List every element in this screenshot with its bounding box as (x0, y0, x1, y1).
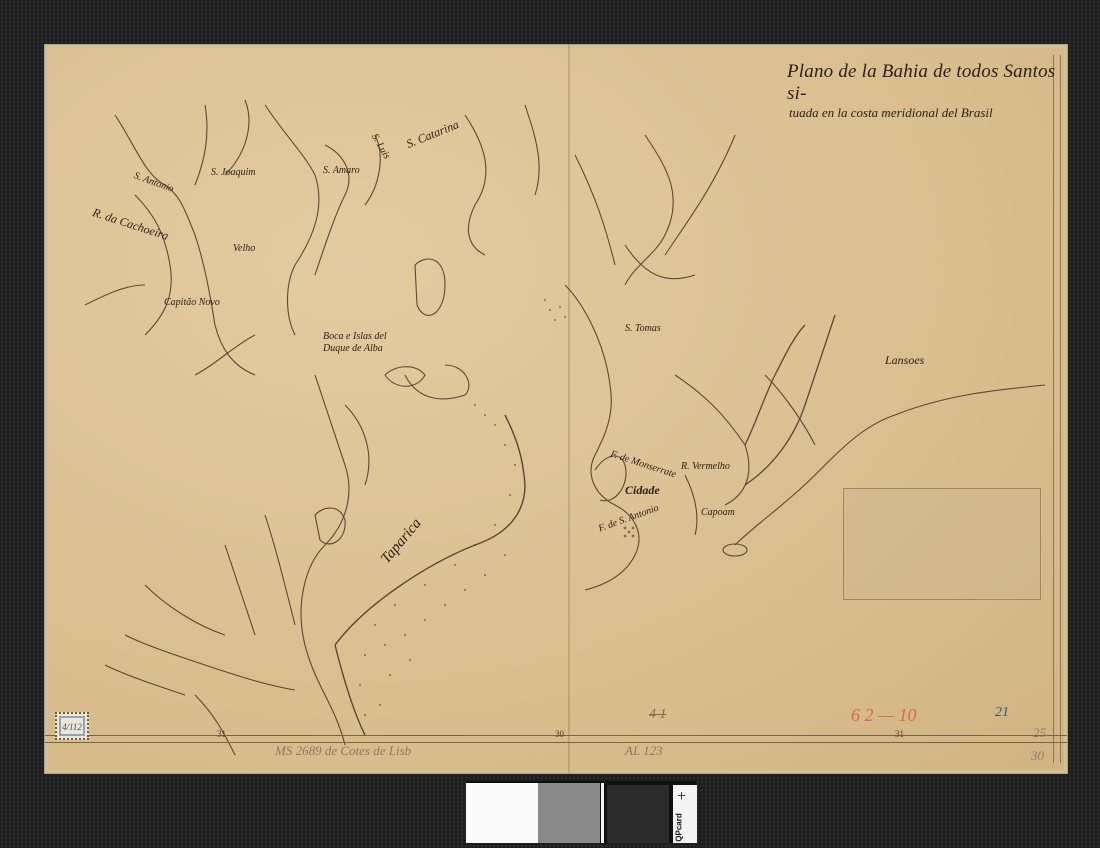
scale-tick-3: 31 (895, 729, 904, 739)
map-sheet: Plano de la Bahia de todos Santos si- tu… (44, 44, 1068, 774)
red-strike-note: 4 1 (649, 707, 667, 723)
label-s-tomas: S. Tomas (625, 323, 661, 334)
label-duque-alba: Duque de Alba (323, 343, 383, 354)
stamp-number: 4/112 (59, 716, 85, 736)
map-drawing (45, 45, 1067, 773)
label-capitao-novo: Capitão Novo (164, 297, 220, 308)
label-rio-vermelho: R. Vermelho (681, 461, 730, 472)
color-calibration-card: + QPcard (466, 781, 696, 843)
pencil-note-left: MS 2689 de Cotes de Lisb (275, 743, 411, 759)
label-s-joaquim: S. Joaquim (211, 167, 255, 178)
label-cidade: Cidade (625, 483, 660, 498)
red-shelf-number: 6 2 — 10 (851, 705, 917, 726)
card-brand: QPcard (675, 813, 684, 841)
pencil-note-mid: AL 123 (625, 743, 663, 759)
paper-patch (843, 488, 1041, 600)
scale-tick-2: 30 (555, 729, 564, 739)
title-line-1: Plano de la Bahia de todos Santos si- (787, 61, 1067, 105)
gray-swatch (538, 783, 600, 843)
blue-number: 21 (995, 705, 1009, 721)
map-title: Plano de la Bahia de todos Santos si- tu… (787, 61, 1067, 121)
label-boca-islas: Boca e Islas del (323, 331, 387, 342)
card-brand-panel: + QPcard (673, 785, 697, 843)
crosshair-icon: + (677, 789, 686, 805)
white-swatch (466, 783, 538, 843)
label-velho: Velho (233, 243, 255, 254)
corner-mark-25: 25 (1033, 725, 1046, 741)
title-line-2: tuada en la costa meridional del Brasil (789, 105, 1067, 121)
scale-tick-1: 31 (217, 729, 226, 739)
label-s-amaro: S. Amaro (323, 165, 360, 176)
label-lansoes: Lansoes (885, 353, 924, 368)
swatch-separator (601, 783, 604, 843)
library-stamp: 4/112 (55, 712, 89, 740)
corner-mark-30: 30 (1031, 748, 1044, 764)
dark-swatch (607, 785, 669, 843)
label-capoam: Capoam (701, 507, 735, 518)
